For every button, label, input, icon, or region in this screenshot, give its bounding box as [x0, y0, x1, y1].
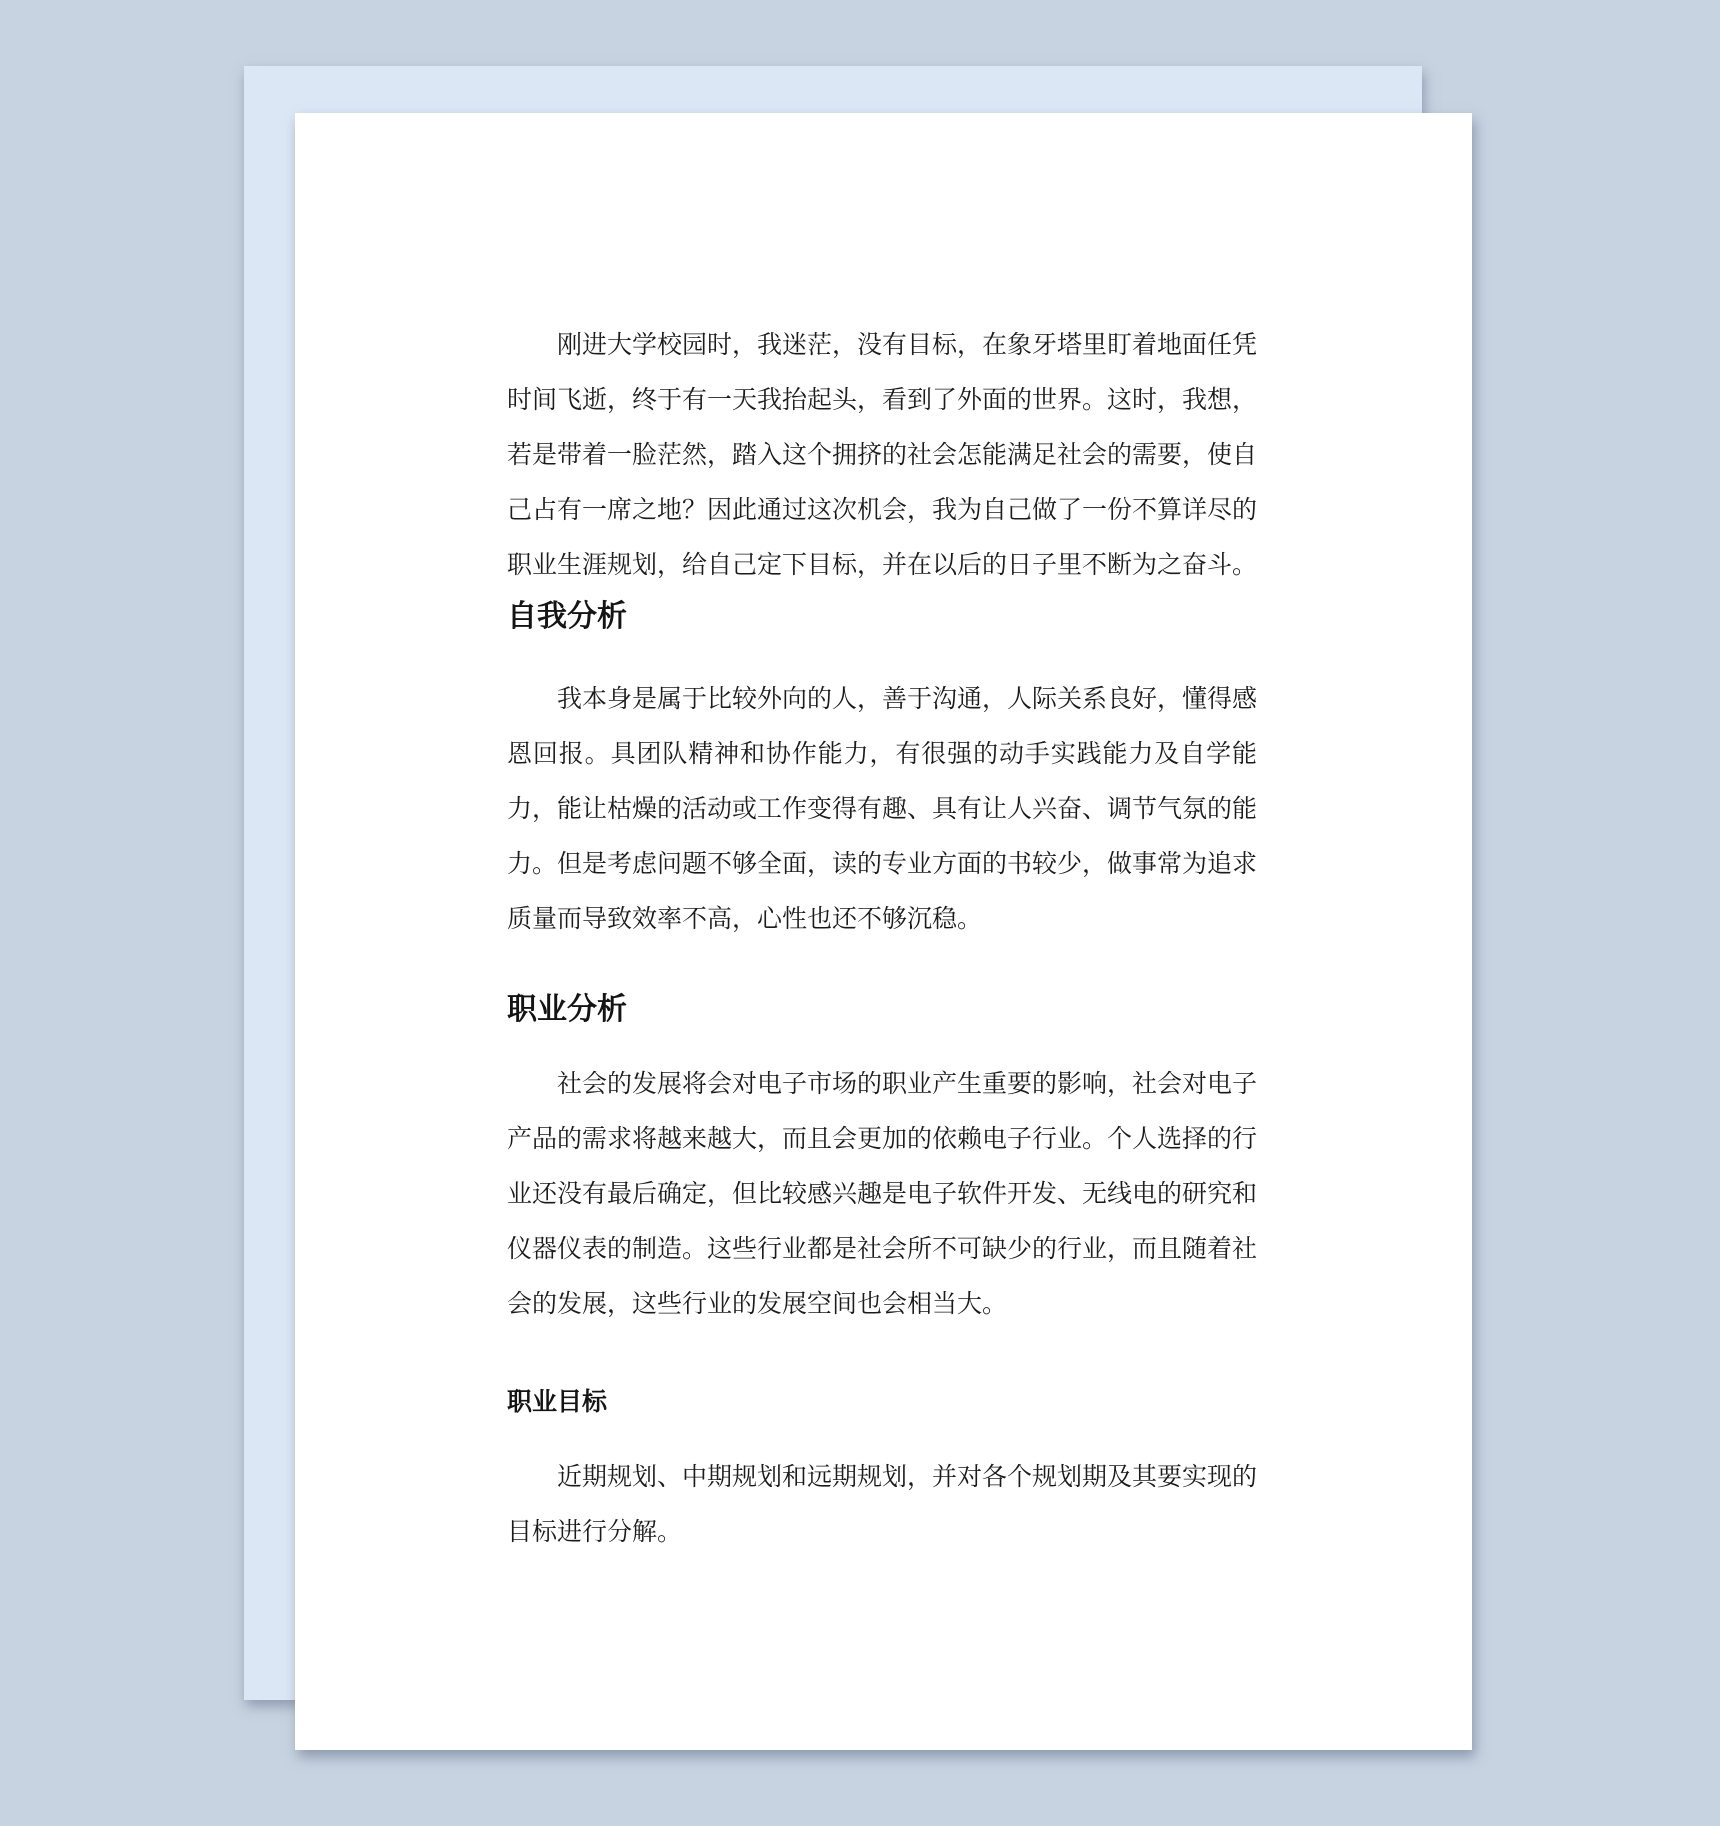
intro-paragraph: 刚进大学校园时，我迷茫，没有目标，在象牙塔里盯着地面任凭时间飞逝，终于有一天我抬… — [507, 318, 1257, 593]
heading-self-analysis: 自我分析 — [507, 595, 1257, 639]
heading-career-goal: 职业目标 — [507, 1375, 1257, 1430]
career-analysis-paragraph: 社会的发展将会对电子市场的职业产生重要的影响，社会对电子产品的需求将越来越大，而… — [507, 1057, 1257, 1332]
self-analysis-paragraph: 我本身是属于比较外向的人，善于沟通，人际关系良好，懂得感恩回报。具团队精神和协作… — [507, 672, 1257, 947]
document-page: 刚进大学校园时，我迷茫，没有目标，在象牙塔里盯着地面任凭时间飞逝，终于有一天我抬… — [295, 113, 1472, 1750]
heading-career-analysis: 职业分析 — [507, 988, 1257, 1032]
career-goal-paragraph: 近期规划、中期规划和远期规划，并对各个规划期及其要实现的目标进行分解。 — [507, 1450, 1257, 1560]
document-content: 刚进大学校园时，我迷茫，没有目标，在象牙塔里盯着地面任凭时间飞逝，终于有一天我抬… — [507, 318, 1257, 1560]
desk-background: 刚进大学校园时，我迷茫，没有目标，在象牙塔里盯着地面任凭时间飞逝，终于有一天我抬… — [0, 0, 1720, 1826]
